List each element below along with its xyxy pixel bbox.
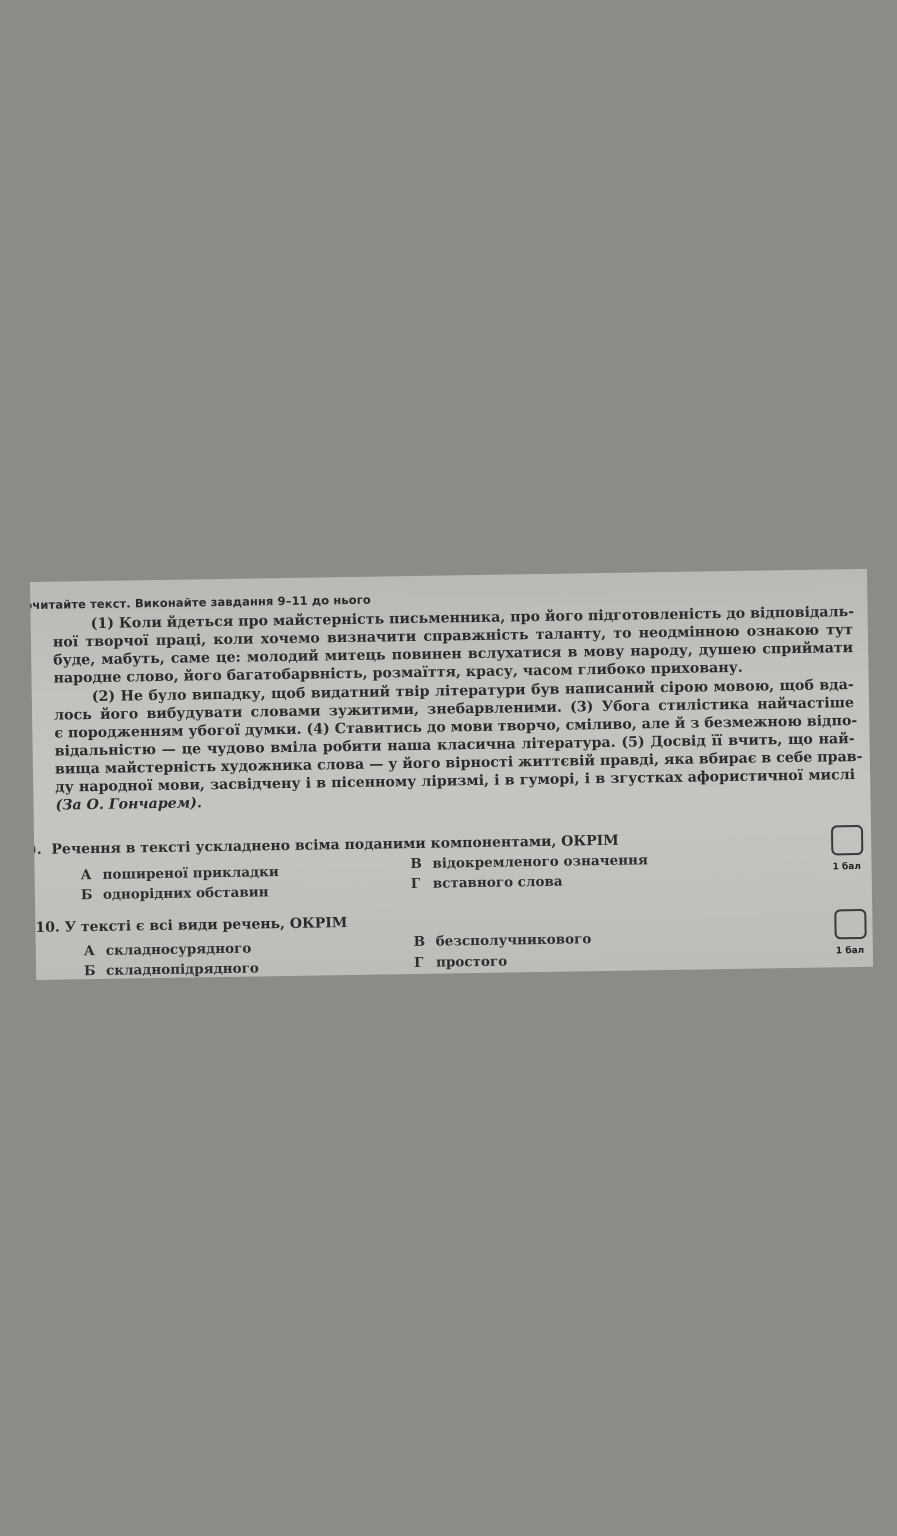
- option-letter: Б: [81, 887, 103, 903]
- option-text: складносурядного: [106, 941, 252, 959]
- option-letter: А: [84, 943, 106, 959]
- option-v[interactable]: Вбезсполучникового: [414, 931, 592, 950]
- option-text: складнопідрядного: [106, 960, 259, 978]
- option-letter: Г: [414, 955, 436, 971]
- option-a[interactable]: Апоширеної прикладки: [80, 864, 278, 883]
- photographed-page: очитайте текст. Виконайте завдання 9–11 …: [30, 569, 873, 980]
- option-text: простого: [436, 954, 507, 971]
- question-number: ).: [30, 842, 42, 858]
- option-text: однорідних обставин: [103, 884, 269, 903]
- option-h[interactable]: Гвставного слова: [411, 874, 563, 892]
- option-letter: Г: [411, 876, 433, 892]
- option-b[interactable]: Боднорідних обставин: [81, 884, 269, 903]
- option-a[interactable]: Аскладносурядного: [84, 941, 252, 960]
- option-text: вставного слова: [433, 874, 563, 892]
- option-text: безсполучникового: [436, 931, 592, 949]
- option-letter: В: [414, 934, 436, 950]
- answer-box-9[interactable]: [831, 825, 863, 855]
- option-letter: Б: [84, 963, 106, 979]
- attribution-text: (За О. Гончарем).: [55, 795, 202, 813]
- question-number: 10.: [35, 920, 60, 936]
- option-h[interactable]: Гпростого: [414, 954, 507, 971]
- score-label-9: 1 бал: [833, 862, 862, 872]
- question-10: 10. У тексті є всі види речень, ОКРІМ: [35, 915, 347, 936]
- text-paragraph-2: (2) Не було випадку, щоб видатний твір л…: [54, 676, 856, 815]
- option-letter: А: [80, 867, 102, 883]
- question-prompt: У тексті є всі види речень, ОКРІМ: [65, 915, 348, 935]
- score-label-10: 1 бал: [836, 946, 865, 956]
- option-text: відокремленого означення: [432, 852, 648, 871]
- text-paragraph-1: (1) Коли йдеться про майстерність письме…: [53, 603, 854, 688]
- answer-box-10[interactable]: [834, 909, 866, 939]
- option-text: поширеної прикладки: [102, 864, 278, 883]
- instruction-heading: очитайте текст. Виконайте завдання 9–11 …: [30, 593, 371, 612]
- option-v[interactable]: Ввідокремленого означення: [410, 852, 648, 872]
- option-letter: В: [410, 856, 432, 872]
- option-b[interactable]: Бскладнопідрядного: [84, 960, 259, 979]
